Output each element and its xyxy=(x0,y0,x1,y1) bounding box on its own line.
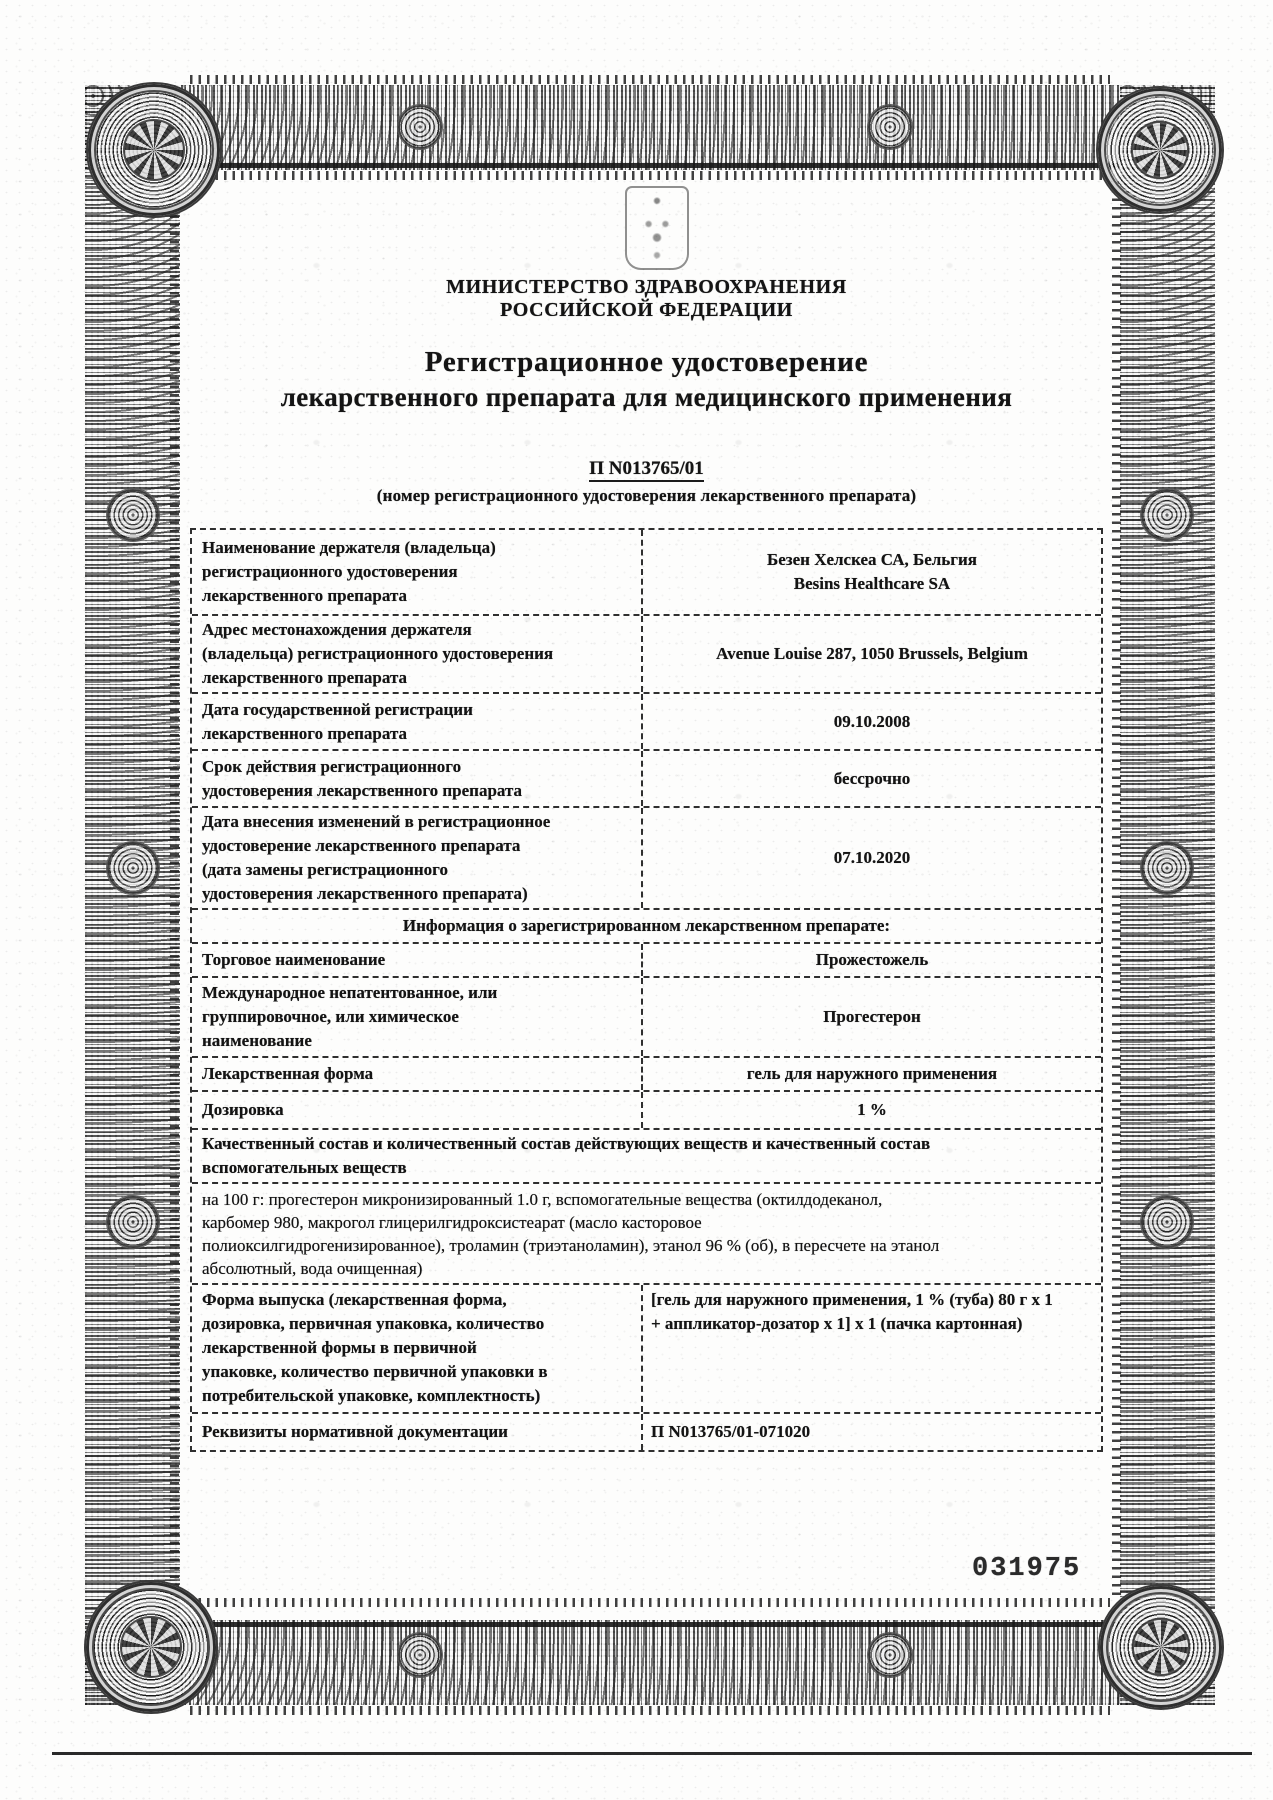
bottom-scan-line xyxy=(52,1752,1252,1755)
row-label: Международное непатентованное, или групп… xyxy=(192,978,643,1056)
row-value: [гель для наружного применения, 1 % (туб… xyxy=(643,1285,1101,1412)
row-value: гель для наружного применения xyxy=(643,1058,1101,1090)
table-row: Наименование держателя (владельца) регис… xyxy=(192,530,1101,616)
table-row: Дата внесения изменений в регистрационно… xyxy=(192,808,1101,910)
border-ticks-bottom-inner xyxy=(190,1598,1110,1607)
table-row: Лекарственная форма гель для наружного п… xyxy=(192,1058,1101,1092)
ministry-line2: РОССИЙСКОЙ ФЕДЕРАЦИИ xyxy=(190,299,1103,322)
row-value: Avenue Louise 287, 1050 Brussels, Belgiu… xyxy=(643,616,1101,692)
side-rosette-right-2 xyxy=(1141,842,1193,894)
table-row: Срок действия регистрационного удостовер… xyxy=(192,751,1101,808)
corner-rosette-bottom-left xyxy=(86,1582,216,1712)
table-row-fullwidth: Качественный состав и количественный сос… xyxy=(192,1130,1101,1184)
serial-number: 031975 xyxy=(972,1554,1112,1584)
row-label: Реквизиты нормативной документации xyxy=(192,1414,643,1450)
corner-rosette-top-right xyxy=(1098,88,1222,212)
bottom-rosette-2 xyxy=(868,1633,912,1677)
border-band-left xyxy=(85,85,180,1705)
border-rule-bottom-inner xyxy=(180,1622,1120,1627)
table-row: Дозировка 1 % xyxy=(192,1092,1101,1130)
row-label: Наименование держателя (владельца) регис… xyxy=(192,530,643,614)
document-title: Регистрационное удостоверение лекарствен… xyxy=(190,344,1103,414)
row-label: Форма выпуска (лекарственная форма, дози… xyxy=(192,1285,643,1412)
border-ticks-left-inner xyxy=(170,180,179,1595)
border-rule-top-inner xyxy=(180,163,1120,168)
document-title-line2: лекарственного препарата для медицинског… xyxy=(190,380,1103,414)
side-rosette-right-1 xyxy=(1141,489,1193,541)
bottom-rosette-1 xyxy=(398,1633,442,1677)
border-band-bottom xyxy=(85,1620,1215,1705)
registration-table: Наименование держателя (владельца) регис… xyxy=(190,528,1103,1452)
composition-text: на 100 г: прогестерон микронизированный … xyxy=(192,1184,1101,1283)
side-rosette-left-3 xyxy=(107,1196,159,1248)
row-value: Прогестерон xyxy=(643,978,1101,1056)
section-header-text: Информация о зарегистрированном лекарств… xyxy=(192,910,1101,942)
registration-number: П N013765/01 xyxy=(190,458,1103,480)
row-value: бессрочно xyxy=(643,751,1101,806)
registration-number-caption: (номер регистрационного удостоверения ле… xyxy=(190,486,1103,506)
row-label: Лекарственная форма xyxy=(192,1058,643,1090)
border-ticks-bottom-outer xyxy=(190,1706,1110,1715)
border-band-right xyxy=(1120,85,1215,1705)
row-label: Дата государственной регистрации лекарст… xyxy=(192,694,643,749)
row-value: 09.10.2008 xyxy=(643,694,1101,749)
corner-rosette-top-left xyxy=(88,84,220,216)
row-value: Безен Хелскеа СА, Бельгия Besins Healthc… xyxy=(643,530,1101,614)
ministry-line1: МИНИСТЕРСТВО ЗДРАВООХРАНЕНИЯ xyxy=(190,276,1103,299)
top-rosette-1 xyxy=(398,105,442,149)
border-ticks-top-inner xyxy=(190,171,1110,180)
composition-header: Качественный состав и количественный сос… xyxy=(192,1130,1101,1182)
row-label: Торговое наименование xyxy=(192,944,643,976)
row-value: 1 % xyxy=(643,1092,1101,1128)
side-rosette-left-2 xyxy=(107,842,159,894)
side-rosette-left-1 xyxy=(107,489,159,541)
table-row: Торговое наименование Прожестожель xyxy=(192,944,1101,978)
table-row: Международное непатентованное, или групп… xyxy=(192,978,1101,1058)
row-value: П N013765/01-071020 xyxy=(643,1414,1101,1450)
row-value: 07.10.2020 xyxy=(643,808,1101,908)
table-row: Адрес местонахождения держателя (владель… xyxy=(192,616,1101,694)
row-label: Срок действия регистрационного удостовер… xyxy=(192,751,643,806)
table-row: Форма выпуска (лекарственная форма, дози… xyxy=(192,1285,1101,1414)
border-ticks-top-outer xyxy=(190,75,1110,84)
row-label: Дата внесения изменений в регистрационно… xyxy=(192,808,643,908)
russia-coat-of-arms-icon xyxy=(625,186,689,270)
table-row-fullwidth: на 100 г: прогестерон микронизированный … xyxy=(192,1184,1101,1285)
document-title-line1: Регистрационное удостоверение xyxy=(190,344,1103,380)
side-rosette-right-3 xyxy=(1141,1196,1193,1248)
row-label: Дозировка xyxy=(192,1092,643,1128)
corner-rosette-bottom-right xyxy=(1100,1586,1222,1708)
table-section-header: Информация о зарегистрированном лекарств… xyxy=(192,910,1101,944)
row-value: Прожестожель xyxy=(643,944,1101,976)
certificate-page: МИНИСТЕРСТВО ЗДРАВООХРАНЕНИЯ РОССИЙСКОЙ … xyxy=(0,0,1273,1800)
row-label: Адрес местонахождения держателя (владель… xyxy=(192,616,643,692)
table-row: Реквизиты нормативной документации П N01… xyxy=(192,1414,1101,1450)
table-row: Дата государственной регистрации лекарст… xyxy=(192,694,1101,751)
top-rosette-2 xyxy=(868,105,912,149)
border-ticks-right-inner xyxy=(1112,180,1121,1595)
border-band-top xyxy=(85,85,1215,170)
ministry-heading: МИНИСТЕРСТВО ЗДРАВООХРАНЕНИЯ РОССИЙСКОЙ … xyxy=(190,276,1103,322)
